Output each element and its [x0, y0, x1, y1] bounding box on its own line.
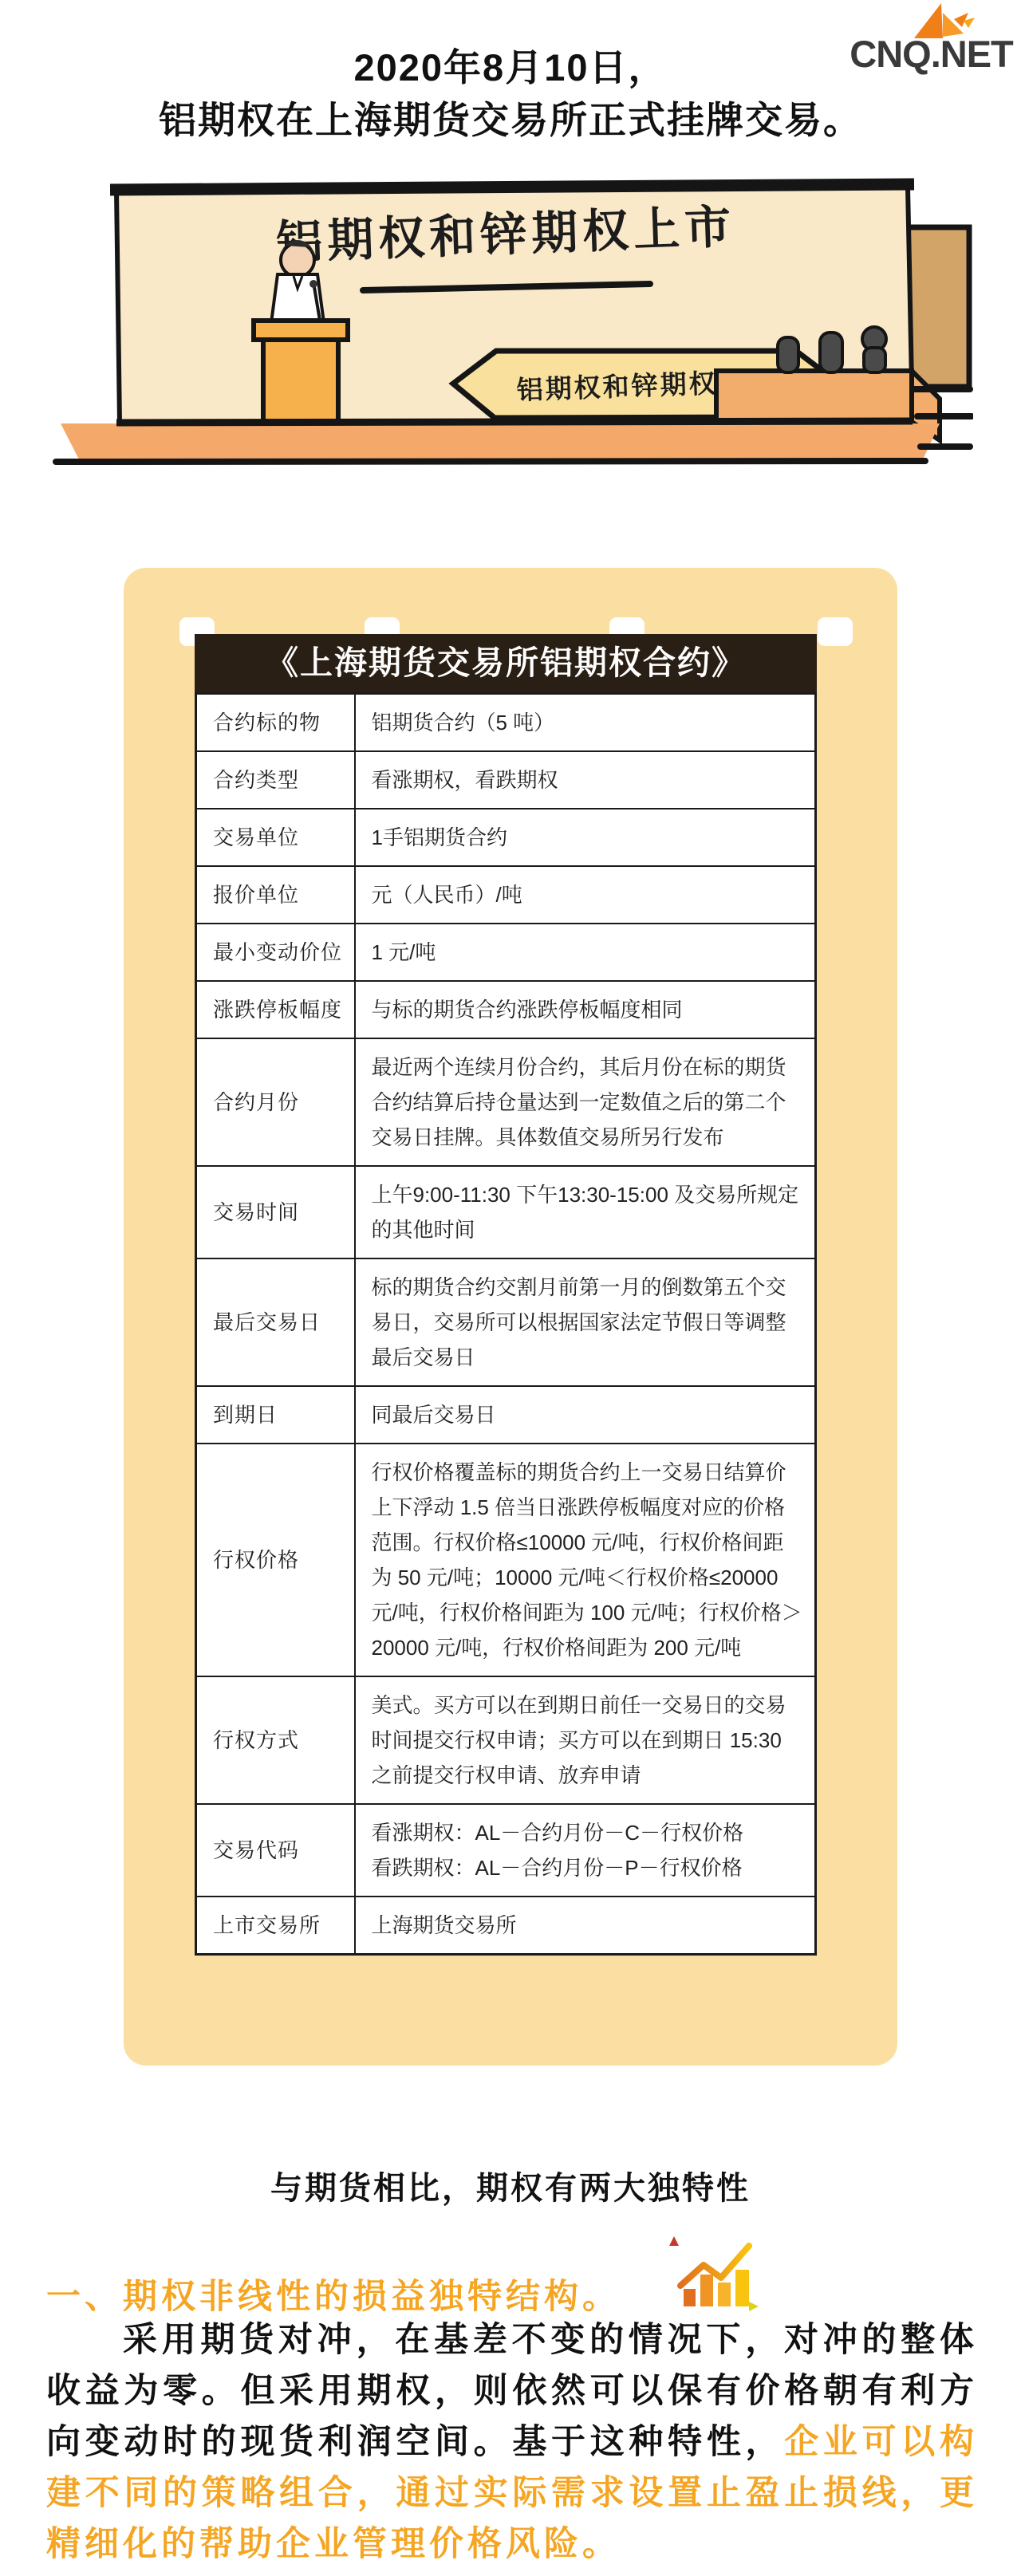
row-value: 看涨期权：AL－合约月份－C－行权价格 看跌期权：AL－合约月份－P－行权价格	[355, 1804, 816, 1897]
row-label: 合约月份	[196, 1038, 355, 1166]
row-label: 合约类型	[196, 751, 355, 809]
table-row: 合约标的物 铝期货合约（5 吨）	[196, 694, 816, 752]
row-label: 最小变动价位	[196, 924, 355, 981]
table-row: 交易时间 上午9:00-11:30 下午13:30-15:00 及交易所规定的其…	[196, 1166, 816, 1258]
row-value: 行权价格覆盖标的期货合约上一交易日结算价上下浮动 1.5 倍当日涨跌停板幅度对应…	[355, 1444, 816, 1676]
row-label: 涨跌停板幅度	[196, 981, 355, 1038]
contract-table-title: 《上海期货交易所铝期权合约》	[195, 634, 817, 692]
row-value: 同最后交易日	[355, 1386, 816, 1444]
body-paragraph: 采用期货对冲，在基差不变的情况下，对冲的整体收益为零。但采用期权，则依然可以保有…	[46, 2314, 978, 2570]
row-value: 与标的期货合约涨跌停板幅度相同	[355, 981, 816, 1038]
row-value: 1手铝期货合约	[355, 809, 816, 866]
logo-text: CNQ.NET	[846, 32, 1017, 76]
row-value: 元（人民币）/吨	[355, 866, 816, 924]
table-row: 上市交易所 上海期货交易所	[196, 1897, 816, 1955]
table-row: 涨跌停板幅度 与标的期货合约涨跌停板幅度相同	[196, 981, 816, 1038]
row-value: 看涨期权，看跌期权	[355, 751, 816, 809]
row-value: 1 元/吨	[355, 924, 816, 981]
table-row: 到期日 同最后交易日	[196, 1386, 816, 1444]
row-value: 最近两个连续月份合约，其后月份在标的期货合约结算后持仓量达到一定数值之后的第二个…	[355, 1038, 816, 1166]
row-value: 美式。买方可以在到期日前任一交易日的交易时间提交行权申请；买方可以在到期日 15…	[355, 1676, 816, 1804]
table-row: 行权方式 美式。买方可以在到期日前任一交易日的交易时间提交行权申请；买方可以在到…	[196, 1676, 816, 1804]
table-row: 最后交易日 标的期货合约交割月前第一月的倒数第五个交易日，交易所可以根据国家法定…	[196, 1258, 816, 1386]
row-value: 上海期货交易所	[355, 1897, 816, 1955]
bar-chart-up-icon	[664, 2235, 762, 2320]
contract-card: 《上海期货交易所铝期权合约》 合约标的物 铝期货合约（5 吨） 合约类型 看涨期…	[124, 568, 897, 2066]
section-heading: 与期货相比，期权有两大独特性	[0, 2163, 1021, 2208]
row-label: 交易单位	[196, 809, 355, 866]
contract-table: 《上海期货交易所铝期权合约》 合约标的物 铝期货合约（5 吨） 合约类型 看涨期…	[195, 634, 817, 1956]
row-label: 行权价格	[196, 1444, 355, 1676]
row-label: 交易代码	[196, 1804, 355, 1897]
table-row: 交易代码 看涨期权：AL－合约月份－C－行权价格 看跌期权：AL－合约月份－P－…	[196, 1804, 816, 1897]
row-label: 上市交易所	[196, 1897, 355, 1955]
table-row: 交易单位 1手铝期货合约	[196, 809, 816, 866]
table-row: 最小变动价位 1 元/吨	[196, 924, 816, 981]
cnq-logo: CNQ.NET	[846, 0, 1017, 84]
table-row: 报价单位 元（人民币）/吨	[196, 866, 816, 924]
table-row: 合约月份 最近两个连续月份合约，其后月份在标的期货合约结算后持仓量达到一定数值之…	[196, 1038, 816, 1166]
point-title: 一、期权非线性的损益独特结构。	[46, 2270, 621, 2318]
row-value: 标的期货合约交割月前第一月的倒数第五个交易日，交易所可以根据国家法定节假日等调整…	[355, 1258, 816, 1386]
row-label: 行权方式	[196, 1676, 355, 1804]
row-label: 报价单位	[196, 866, 355, 924]
table-row: 行权价格 行权价格覆盖标的期货合约上一交易日结算价上下浮动 1.5 倍当日涨跌停…	[196, 1444, 816, 1676]
row-label: 交易时间	[196, 1166, 355, 1258]
podium	[254, 321, 348, 422]
row-label: 到期日	[196, 1386, 355, 1444]
row-label: 最后交易日	[196, 1258, 355, 1386]
table-row: 合约类型 看涨期权，看跌期权	[196, 751, 816, 809]
infographic-page: 2020年8月10日， 铝期权在上海期货交易所正式挂牌交易。 CNQ.NET 铝…	[0, 0, 1021, 2576]
press-conference-illustration: 铝期权和锌期权上市 铝期权和锌期权上市	[48, 177, 973, 466]
card-notch	[818, 617, 853, 646]
row-value: 铝期货合约（5 吨）	[355, 694, 816, 752]
row-value: 上午9:00-11:30 下午13:30-15:00 及交易所规定的其他时间	[355, 1166, 816, 1258]
page-subtitle: 铝期权在上海期货交易所正式挂牌交易。	[0, 91, 1021, 144]
row-label: 合约标的物	[196, 694, 355, 752]
